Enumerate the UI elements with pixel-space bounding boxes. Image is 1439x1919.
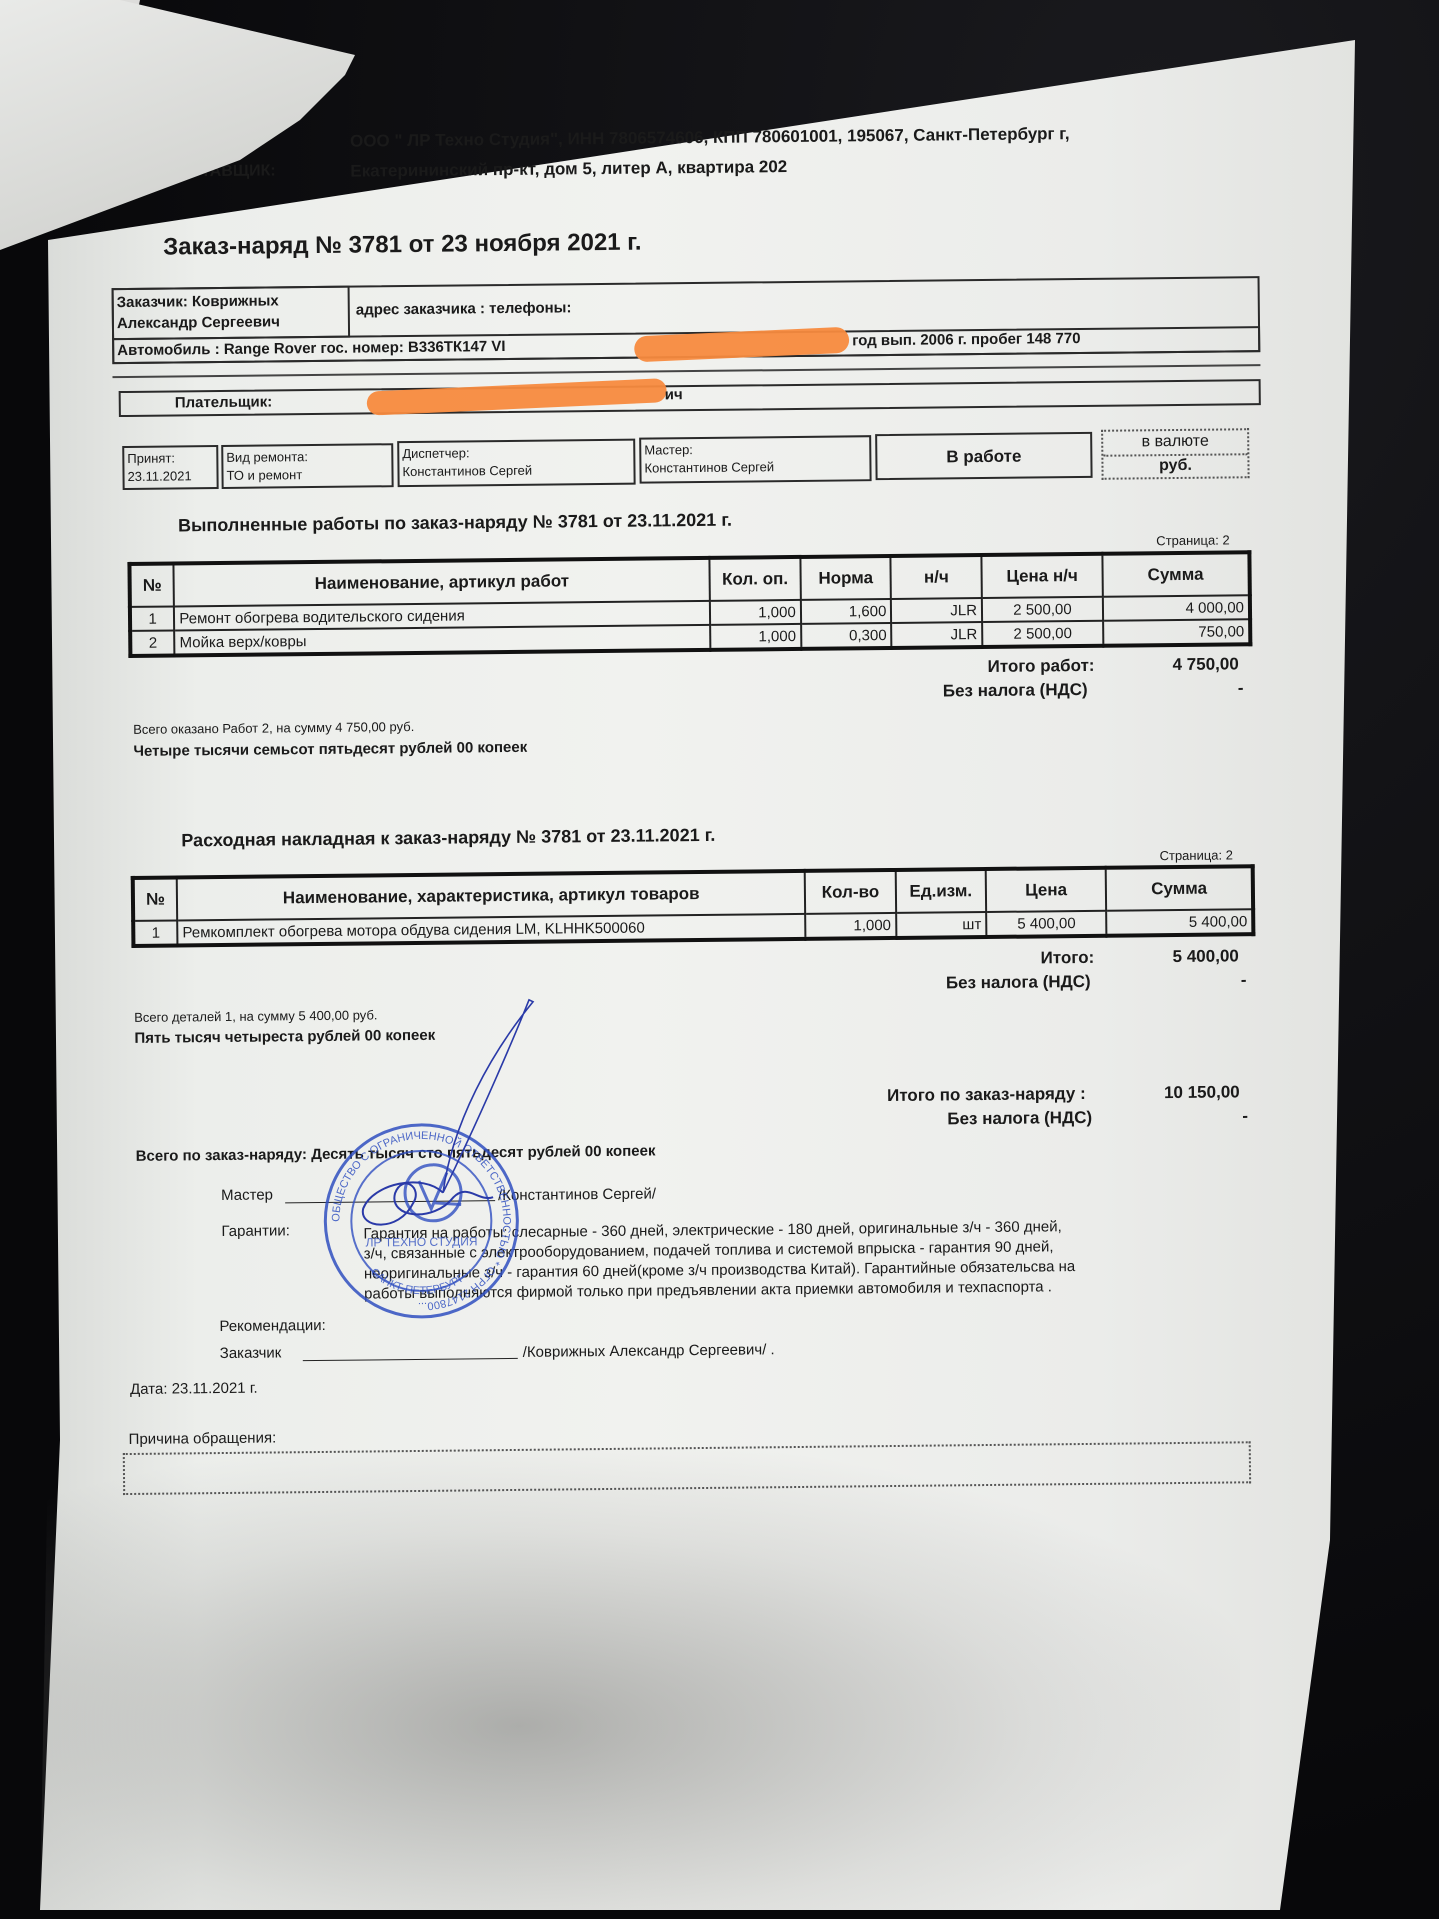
table-cell: Мойка верх/ковры bbox=[174, 625, 710, 656]
stamp-logo-icon bbox=[405, 1165, 462, 1222]
master-signature-name: /Константинов Сергей/ bbox=[498, 1185, 656, 1204]
table-cell: 1,600 bbox=[801, 599, 892, 624]
column-header: № bbox=[133, 877, 178, 920]
table-cell: шт bbox=[896, 912, 987, 938]
dispatcher-box: Диспетчер: Константинов Сергей bbox=[397, 439, 635, 487]
currency-box: в валюте руб. bbox=[1101, 428, 1250, 480]
repair-type-label: Вид ремонта: bbox=[226, 449, 308, 465]
status-badge: В работе bbox=[875, 432, 1092, 480]
parts-total-value: 5 400,00 bbox=[1173, 946, 1239, 967]
parts-amount-in-words: Пять тысяч четыреста рублей 00 копеек bbox=[134, 1027, 435, 1047]
page-title: Заказ-наряд № 3781 от 23 ноября 2021 г. bbox=[163, 229, 642, 262]
company-stamp: ОБЩЕСТВО С ОГРАНИЧЕННОЙ ОТВЕТСТВЕННОСТЬЮ… bbox=[320, 1120, 522, 1322]
table-cell: 1,000 bbox=[710, 600, 801, 625]
works-tax-value: - bbox=[1238, 678, 1244, 698]
repair-type-value: ТО и ремонт bbox=[226, 467, 302, 483]
table-cell: 1 bbox=[133, 920, 177, 945]
column-header: Наименование, характеристика, артикул то… bbox=[177, 871, 806, 921]
parts-page-number: Страница: 2 bbox=[1159, 847, 1233, 863]
payer-label: Плательщик: bbox=[175, 393, 273, 411]
table-cell: 1 bbox=[130, 606, 175, 630]
table-cell: 2 500,00 bbox=[982, 621, 1103, 647]
master-name: Константинов Сергей bbox=[644, 459, 774, 475]
payer-name-tail: ич bbox=[665, 386, 683, 403]
parts-table: №Наименование, характеристика, артикул т… bbox=[131, 864, 1256, 948]
works-summary: Всего оказано Работ 2, на сумму 4 750,00… bbox=[133, 719, 414, 737]
grand-total-value: 10 150,00 bbox=[1164, 1082, 1240, 1103]
currency-label: в валюте bbox=[1103, 432, 1247, 452]
column-header: Кол-во bbox=[805, 870, 896, 914]
stamp-center-text: ЛР ТЕХНО СТУДИЯ bbox=[366, 1234, 478, 1249]
dispatcher-name: Константинов Сергей bbox=[402, 463, 532, 479]
parts-tax-label: Без налога (НДС) bbox=[946, 972, 1091, 994]
works-amount-in-words: Четыре тысячи семьсот пятьдесят рублей 0… bbox=[133, 739, 527, 760]
warranty-label: Гарантии: bbox=[221, 1222, 290, 1240]
table-cell: JLR bbox=[891, 598, 982, 623]
work-order-document: ОСТАВЩИК: ООО " ЛР Техно Студия", ИНН 78… bbox=[0, 0, 1439, 1919]
svg-text:САНКТ-ПЕТЕРБУРГ: САНКТ-ПЕТЕРБУРГ bbox=[368, 1265, 467, 1297]
supplier-line-1: ООО " ЛР Техно Студия", ИНН 7806574606, … bbox=[350, 124, 1070, 152]
column-header: № bbox=[129, 563, 174, 606]
table-cell: 5 400,00 bbox=[1107, 909, 1254, 936]
column-header: н/ч bbox=[891, 555, 982, 599]
master-signature-label: Мастер bbox=[221, 1186, 273, 1204]
customer-address-phones: адрес заказчика : телефоны: bbox=[356, 299, 572, 318]
grand-total-tax-value: - bbox=[1242, 1106, 1248, 1126]
grand-total-label: Итого по заказ-наряду : bbox=[887, 1084, 1086, 1106]
table-cell: Ремкомплект обогрева мотора обдува сиден… bbox=[177, 914, 805, 946]
customer-signature-label: Заказчик bbox=[220, 1344, 282, 1362]
table-cell: 2 bbox=[130, 630, 175, 655]
payer-row bbox=[119, 379, 1261, 417]
works-heading: Выполненные работы по заказ-наряду № 378… bbox=[178, 510, 732, 537]
grand-total-tax-label: Без налога (НДС) bbox=[947, 1108, 1092, 1130]
column-header: Сумма bbox=[1106, 866, 1253, 911]
column-header: Норма bbox=[800, 556, 891, 600]
reason-label: Причина обращения: bbox=[129, 1429, 277, 1448]
accepted-date: 23.11.2021 bbox=[127, 468, 191, 484]
parts-summary: Всего деталей 1, на сумму 5 400,00 руб. bbox=[134, 1007, 377, 1025]
table-cell: 1,000 bbox=[806, 913, 897, 939]
table-cell: 750,00 bbox=[1103, 619, 1250, 646]
column-header: Цена bbox=[986, 868, 1107, 912]
table-cell: 0,300 bbox=[801, 623, 892, 649]
document-date: Дата: 23.11.2021 г. bbox=[130, 1380, 258, 1398]
customer-signature-line bbox=[303, 1358, 518, 1361]
column-header: Кол. оп. bbox=[710, 557, 801, 601]
supplier-line-2: Екатерининский пр-кт, дом 5, литер А, кв… bbox=[350, 157, 787, 182]
divider bbox=[112, 364, 1260, 378]
table-cell: 2 500,00 bbox=[982, 597, 1103, 622]
status-text: В работе bbox=[877, 446, 1090, 468]
currency-value: руб. bbox=[1103, 456, 1247, 476]
stamp-sub-text: САНКТ-ПЕТЕРБУРГ bbox=[368, 1265, 467, 1297]
master-label: Мастер: bbox=[644, 442, 693, 458]
car-year-mileage: год вып. 2006 г. пробег 148 770 bbox=[852, 330, 1081, 349]
column-header: Ед.изм. bbox=[895, 869, 986, 913]
reason-field[interactable] bbox=[123, 1441, 1251, 1495]
accepted-box: Принят: 23.11.2021 bbox=[122, 445, 218, 490]
master-box: Мастер: Константинов Сергей bbox=[639, 435, 871, 483]
column-header: Наименование, артикул работ bbox=[174, 558, 710, 607]
table-cell: 4 000,00 bbox=[1103, 595, 1250, 621]
customer-name-line1: Заказчик: Коврижных bbox=[117, 292, 279, 311]
works-page-number: Страница: 2 bbox=[1156, 532, 1230, 548]
accepted-label: Принят: bbox=[127, 450, 175, 465]
parts-total-label: Итого: bbox=[1041, 948, 1095, 969]
parts-heading: Расходная накладная к заказ-наряду № 378… bbox=[181, 825, 715, 852]
table-cell: 5 400,00 bbox=[986, 911, 1107, 937]
repair-type-box: Вид ремонта: ТО и ремонт bbox=[221, 443, 393, 489]
recommendations-label: Рекомендации: bbox=[219, 1317, 325, 1335]
dispatcher-label: Диспетчер: bbox=[402, 445, 469, 461]
table-cell: JLR bbox=[892, 622, 983, 648]
works-tax-label: Без налога (НДС) bbox=[943, 680, 1088, 702]
customer-signature-name: /Коврижных Александр Сергеевич/ . bbox=[523, 1341, 775, 1361]
works-table: №Наименование, артикул работКол. оп.Норм… bbox=[127, 550, 1252, 658]
parts-tax-value: - bbox=[1241, 970, 1247, 990]
column-header: Цена н/ч bbox=[981, 554, 1102, 598]
works-total-label: Итого работ: bbox=[987, 656, 1094, 677]
works-total-value: 4 750,00 bbox=[1172, 654, 1238, 675]
customer-name-line2: Александр Сергеевич bbox=[117, 313, 280, 332]
table-cell: 1,000 bbox=[710, 624, 801, 650]
column-header: Сумма bbox=[1102, 552, 1250, 597]
